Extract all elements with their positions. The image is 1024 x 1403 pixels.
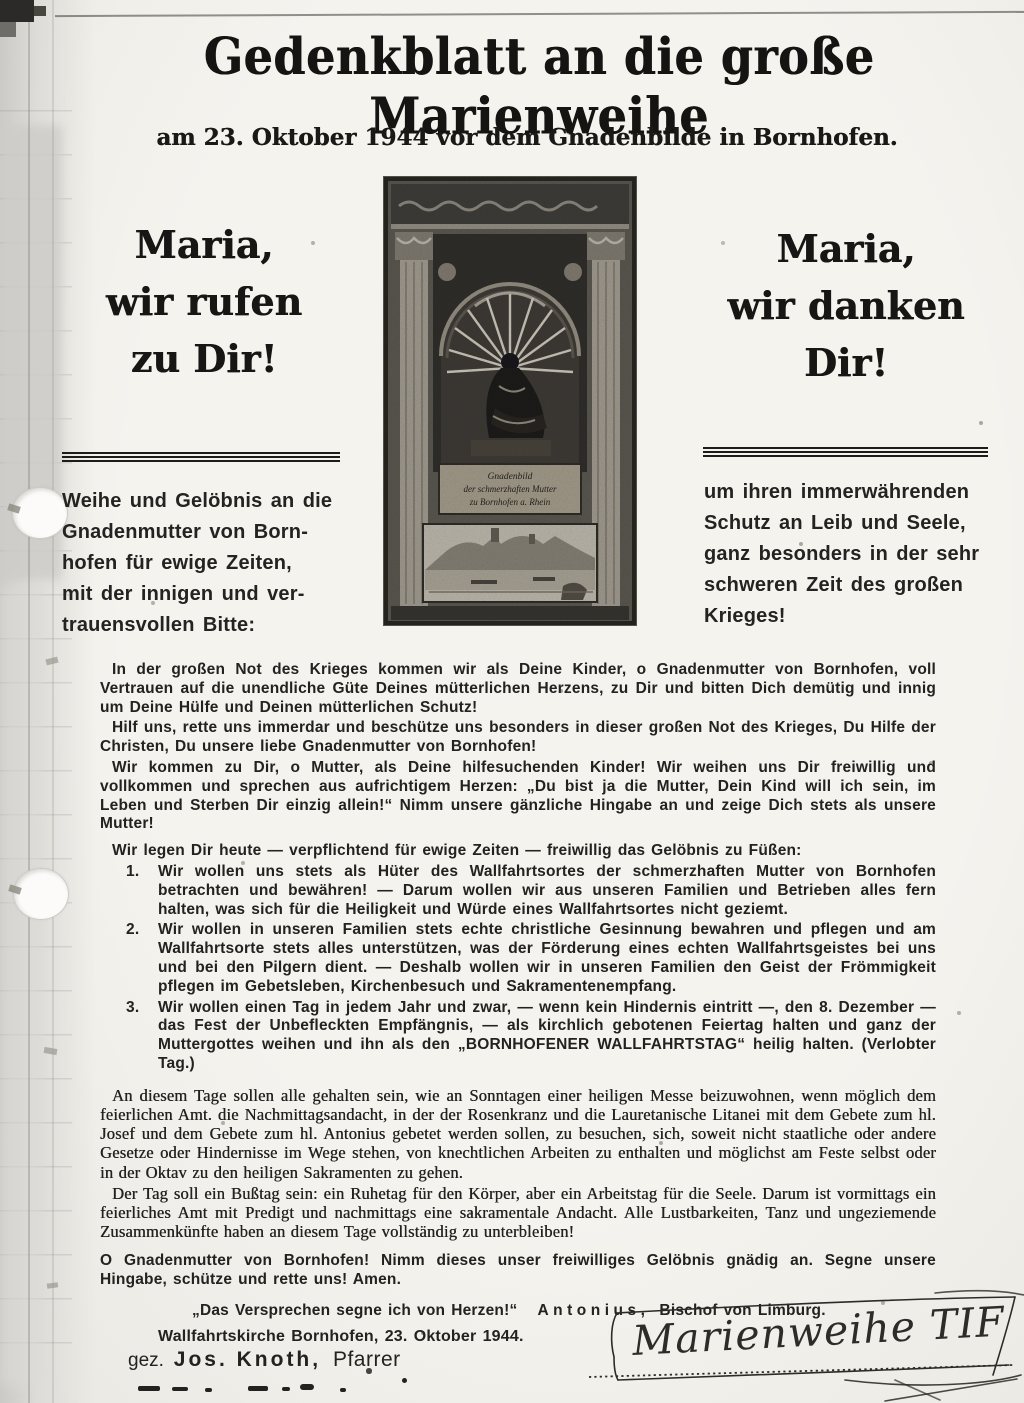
signature-role: Pfarrer	[333, 1348, 401, 1371]
cutoff-text-artifact	[402, 1378, 407, 1383]
page-crease	[28, 0, 30, 1403]
pledge-item-number: 1.	[100, 863, 158, 919]
cutoff-text-artifact	[300, 1384, 314, 1390]
signature-prefix: gez.	[128, 1350, 164, 1371]
main-text: In der großen Not des Krieges kommen wir…	[100, 661, 936, 1347]
page-subtitle: am 23. Oktober 1944 vor dem Gnadenbilde …	[90, 124, 964, 151]
pledge-item-text: Wir wollen uns stets als Hüter des Wallf…	[158, 863, 936, 919]
divider-right	[703, 447, 988, 457]
scan-corner-mark-3	[34, 6, 46, 16]
paragraph-3: Wir kommen zu Dir, o Mutter, als Deine h…	[100, 759, 936, 834]
pledge-item-number: 3.	[100, 999, 158, 1074]
observance-paragraph-1: An diesem Tage sollen alle gehalten sein…	[100, 1086, 936, 1182]
pledge-item-3: 3. Wir wollen einen Tag in jedem Jahr un…	[100, 999, 936, 1074]
paragraph-1: In der großen Not des Krieges kommen wir…	[100, 661, 936, 717]
pledge-item-2: 2. Wir wollen in unseren Familien stets …	[100, 921, 936, 996]
scan-corner-mark-2	[0, 22, 16, 37]
signature-line: gez. Jos. Knoth, Pfarrer	[128, 1348, 401, 1372]
intro-right: um ihren immerwährenden Schutz an Leib u…	[704, 477, 1004, 632]
pledge-item-1: 1. Wir wollen uns stets als Hüter des Wa…	[100, 863, 936, 919]
blessing-quote: „Das Versprechen segne ich von Herzen!“	[192, 1302, 517, 1319]
intro-left: Weihe und Gelöbnis an die Gnadenmutter v…	[62, 486, 362, 641]
handwriting-text: Marienweihe TIF	[630, 1298, 1007, 1366]
pledge-item-text: Wir wollen einen Tag in jedem Jahr und z…	[158, 999, 936, 1074]
handwritten-annotation: Marienweihe TIF	[585, 1283, 1024, 1403]
cutoff-text-artifact	[138, 1386, 160, 1391]
observance-paragraph-2: Der Tag soll ein Bußtag sein: ein Ruheta…	[100, 1184, 936, 1242]
pledge-item-number: 2.	[100, 921, 158, 996]
cutoff-text-artifact	[205, 1388, 212, 1392]
invocation-left: Maria, wir rufen zu Dir!	[78, 216, 330, 387]
scan-top-line	[55, 11, 1024, 17]
hole-punch-bottom	[13, 868, 69, 920]
signature-name: Jos. Knoth,	[174, 1348, 321, 1371]
scan-shade-lower	[0, 585, 42, 1385]
cutoff-text-artifact	[172, 1387, 188, 1391]
scanned-document-page: Gedenkblatt an die große Marienweihe am …	[0, 0, 1024, 1403]
cutoff-text-artifact	[340, 1388, 346, 1392]
scan-speckles	[0, 0, 2, 2]
page-crease-2	[52, 0, 54, 1403]
gnadenbild-engraving: Gnadenbild der schmerzhaften Mutter zu B…	[383, 176, 637, 626]
divider-left	[62, 452, 340, 462]
scan-corner-mark	[0, 0, 34, 22]
cutoff-text-artifact	[248, 1386, 268, 1391]
pledge-intro: Wir legen Dir heute — verpflichtend für …	[100, 842, 936, 861]
cutoff-text-artifact	[282, 1387, 290, 1391]
invocation-right: Maria, wir danken Dir!	[720, 220, 972, 391]
pledge-item-text: Wir wollen in unseren Familien stets ech…	[158, 921, 936, 996]
hole-punch-top	[12, 487, 68, 539]
paragraph-2: Hilf uns, rette uns immerdar und beschüt…	[100, 719, 936, 757]
